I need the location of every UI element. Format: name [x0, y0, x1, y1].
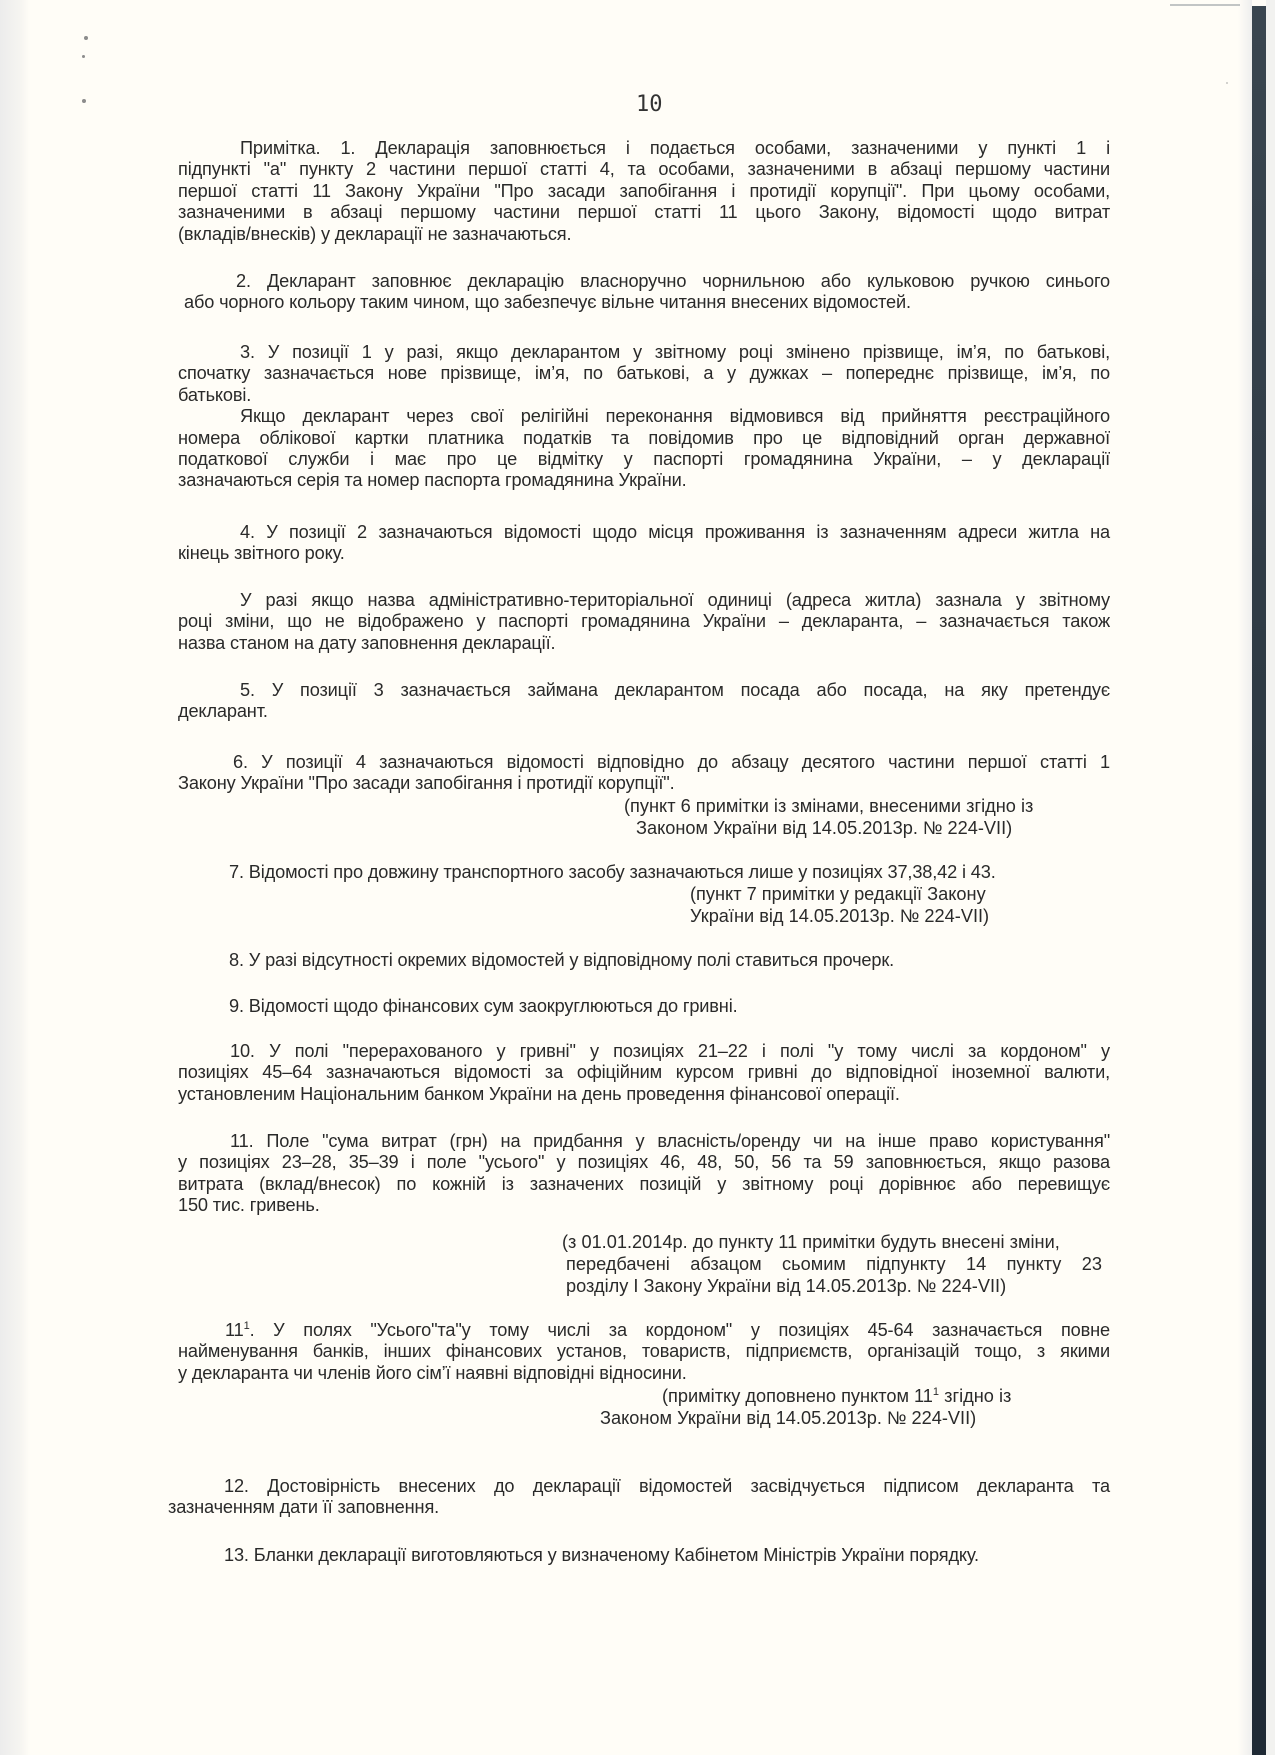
amendment-note-6-line1: (пункт 6 примітки із змінами, внесеними …	[624, 796, 1033, 817]
note-12: 12. Достовірність внесених до декларації…	[178, 1476, 1110, 1519]
scanned-page: 10 Примітка. 1. Декларація заповнюється …	[0, 0, 1275, 1755]
text-line: 111. У полях "Усього"та"у тому числі за …	[178, 1320, 1110, 1341]
note-11-1: 111. У полях "Усього"та"у тому числі за …	[178, 1320, 1110, 1384]
note-6: 6. У позиції 4 зазначаються відомості ві…	[178, 752, 1110, 795]
note-13: 13. Бланки декларації виготовляються у в…	[178, 1545, 1110, 1566]
text-line: позиціях 45–64 зазначаються відомості за…	[178, 1062, 1110, 1083]
amendment-note-11-line2: передбачені абзацом сьомим підпункту 14 …	[566, 1254, 1102, 1275]
text-line: 7. Відомості про довжину транспортного з…	[178, 862, 1110, 883]
text-line: році зміни, що не відображено у паспорті…	[178, 611, 1110, 632]
text-segment: (примітку доповнено пунктом 11	[662, 1386, 933, 1406]
text-line: зазначенням дати її заповнення.	[168, 1497, 1110, 1518]
note-7: 7. Відомості про довжину транспортного з…	[178, 862, 1110, 883]
text-line: першої статті 11 Закону України "Про зас…	[178, 181, 1110, 202]
text-line: зазначаються серія та номер паспорта гро…	[178, 470, 1110, 491]
scan-right-shadow	[1238, 0, 1252, 1755]
text-line: 12. Достовірність внесених до декларації…	[178, 1476, 1110, 1497]
text-line: (вкладів/внесків) у декларації не зазнач…	[178, 224, 1110, 245]
text-line: 9. Відомості щодо фінансових сум заокруг…	[178, 996, 1110, 1017]
note-8: 8. У разі відсутності окремих відомостей…	[178, 950, 1110, 971]
text-line: 2. Декларант заповнює декларацію власнор…	[178, 271, 1110, 292]
text-line: назва станом на дату заповнення декларац…	[178, 633, 1110, 654]
text-line: кінець звітного року.	[178, 543, 1110, 564]
text-line: декларант.	[178, 701, 1110, 722]
note-5: 5. У позиції 3 зазначається займана декл…	[178, 680, 1110, 723]
note-10: 10. У полі "перерахованого у гривні" у п…	[178, 1041, 1110, 1105]
text-line: у декларанта чи членів його сім’ї наявні…	[178, 1363, 1110, 1384]
text-line: 11. Поле "сума витрат (грн) на придбання…	[178, 1131, 1110, 1152]
text-line: номера облікової картки платника податкі…	[178, 428, 1110, 449]
note-4-continued: У разі якщо назва адміністративно-терито…	[178, 590, 1110, 654]
note-2: 2. Декларант заповнює декларацію власнор…	[178, 271, 1110, 314]
text-segment: . У полях "Усього"та"у тому числі за кор…	[250, 1320, 1110, 1340]
text-line: 150 тис. гривень.	[178, 1195, 1110, 1216]
scan-right-border	[1252, 6, 1266, 1755]
text-line: або чорного кольору таким чином, що забе…	[178, 292, 1110, 313]
text-line: податкової служби і має про це відмітку …	[178, 449, 1110, 470]
text-segment: згідно із	[939, 1386, 1011, 1406]
text-line: Якщо декларант через свої релігійні пере…	[178, 406, 1110, 427]
text-line: зазначеними в абзаці першому частини пер…	[178, 202, 1110, 223]
note-4: 4. У позиції 2 зазначаються відомості що…	[178, 522, 1110, 565]
text-line: 4. У позиції 2 зазначаються відомості що…	[178, 522, 1110, 543]
scan-speck	[82, 99, 86, 103]
text-line: Примітка. 1. Декларація заповнюється і п…	[178, 138, 1110, 159]
text-line: підпункті "а" пункту 2 частини першої ст…	[178, 159, 1110, 180]
text-line: 3. У позиції 1 у разі, якщо декларантом …	[178, 342, 1110, 363]
text-line: установленим Національним банком України…	[178, 1084, 1110, 1105]
amendment-note-6-line2: Законом України від 14.05.2013р. № 224-V…	[636, 818, 1012, 839]
note-number: 11	[225, 1320, 244, 1340]
amendment-note-11-line1: (з 01.01.2014р. до пункту 11 примітки бу…	[562, 1232, 1060, 1253]
text-line: У разі якщо назва адміністративно-терито…	[178, 590, 1110, 611]
note-9: 9. Відомості щодо фінансових сум заокруг…	[178, 996, 1110, 1017]
text-line: витрата (вклад/внесок) по кожній із зазн…	[178, 1174, 1110, 1195]
scan-speck	[1226, 82, 1228, 84]
text-line: найменування банків, інших фінансових ус…	[178, 1341, 1110, 1362]
text-line: 8. У разі відсутності окремих відомостей…	[178, 950, 1110, 971]
note-3: 3. У позиції 1 у разі, якщо декларантом …	[178, 342, 1110, 492]
amendment-note-11-1-line2: Законом України від 14.05.2013р. № 224-V…	[600, 1408, 976, 1429]
text-line: Закону України "Про засади запобігання і…	[178, 773, 1110, 794]
scan-speck	[82, 55, 85, 58]
scan-left-edge	[0, 0, 30, 1755]
page-number: 10	[636, 92, 663, 117]
text-line: у позиціях 23–28, 35–39 і поле "усього" …	[178, 1152, 1110, 1173]
text-line: 6. У позиції 4 зазначаються відомості ві…	[178, 752, 1110, 773]
amendment-note-7-line2: України від 14.05.2013р. № 224-VII)	[690, 906, 989, 927]
text-line: 13. Бланки декларації виготовляються у в…	[178, 1545, 1110, 1566]
scan-artifact	[1170, 4, 1240, 6]
note-1: Примітка. 1. Декларація заповнюється і п…	[178, 138, 1110, 245]
text-line: батькові.	[178, 385, 1110, 406]
note-11: 11. Поле "сума витрат (грн) на придбання…	[178, 1131, 1110, 1217]
amendment-note-7-line1: (пункт 7 примітки у редакції Закону	[690, 884, 986, 905]
text-line: 10. У полі "перерахованого у гривні" у п…	[178, 1041, 1110, 1062]
amendment-note-11-1-line1: (примітку доповнено пунктом 111 згідно і…	[662, 1386, 1011, 1407]
scan-right-margin	[1266, 0, 1275, 1755]
text-line: 5. У позиції 3 зазначається займана декл…	[178, 680, 1110, 701]
scan-speck	[84, 36, 88, 40]
amendment-note-11-line3: розділу I Закону України від 14.05.2013р…	[566, 1276, 1006, 1297]
text-line: спочатку зазначається нове прізвище, ім’…	[178, 363, 1110, 384]
